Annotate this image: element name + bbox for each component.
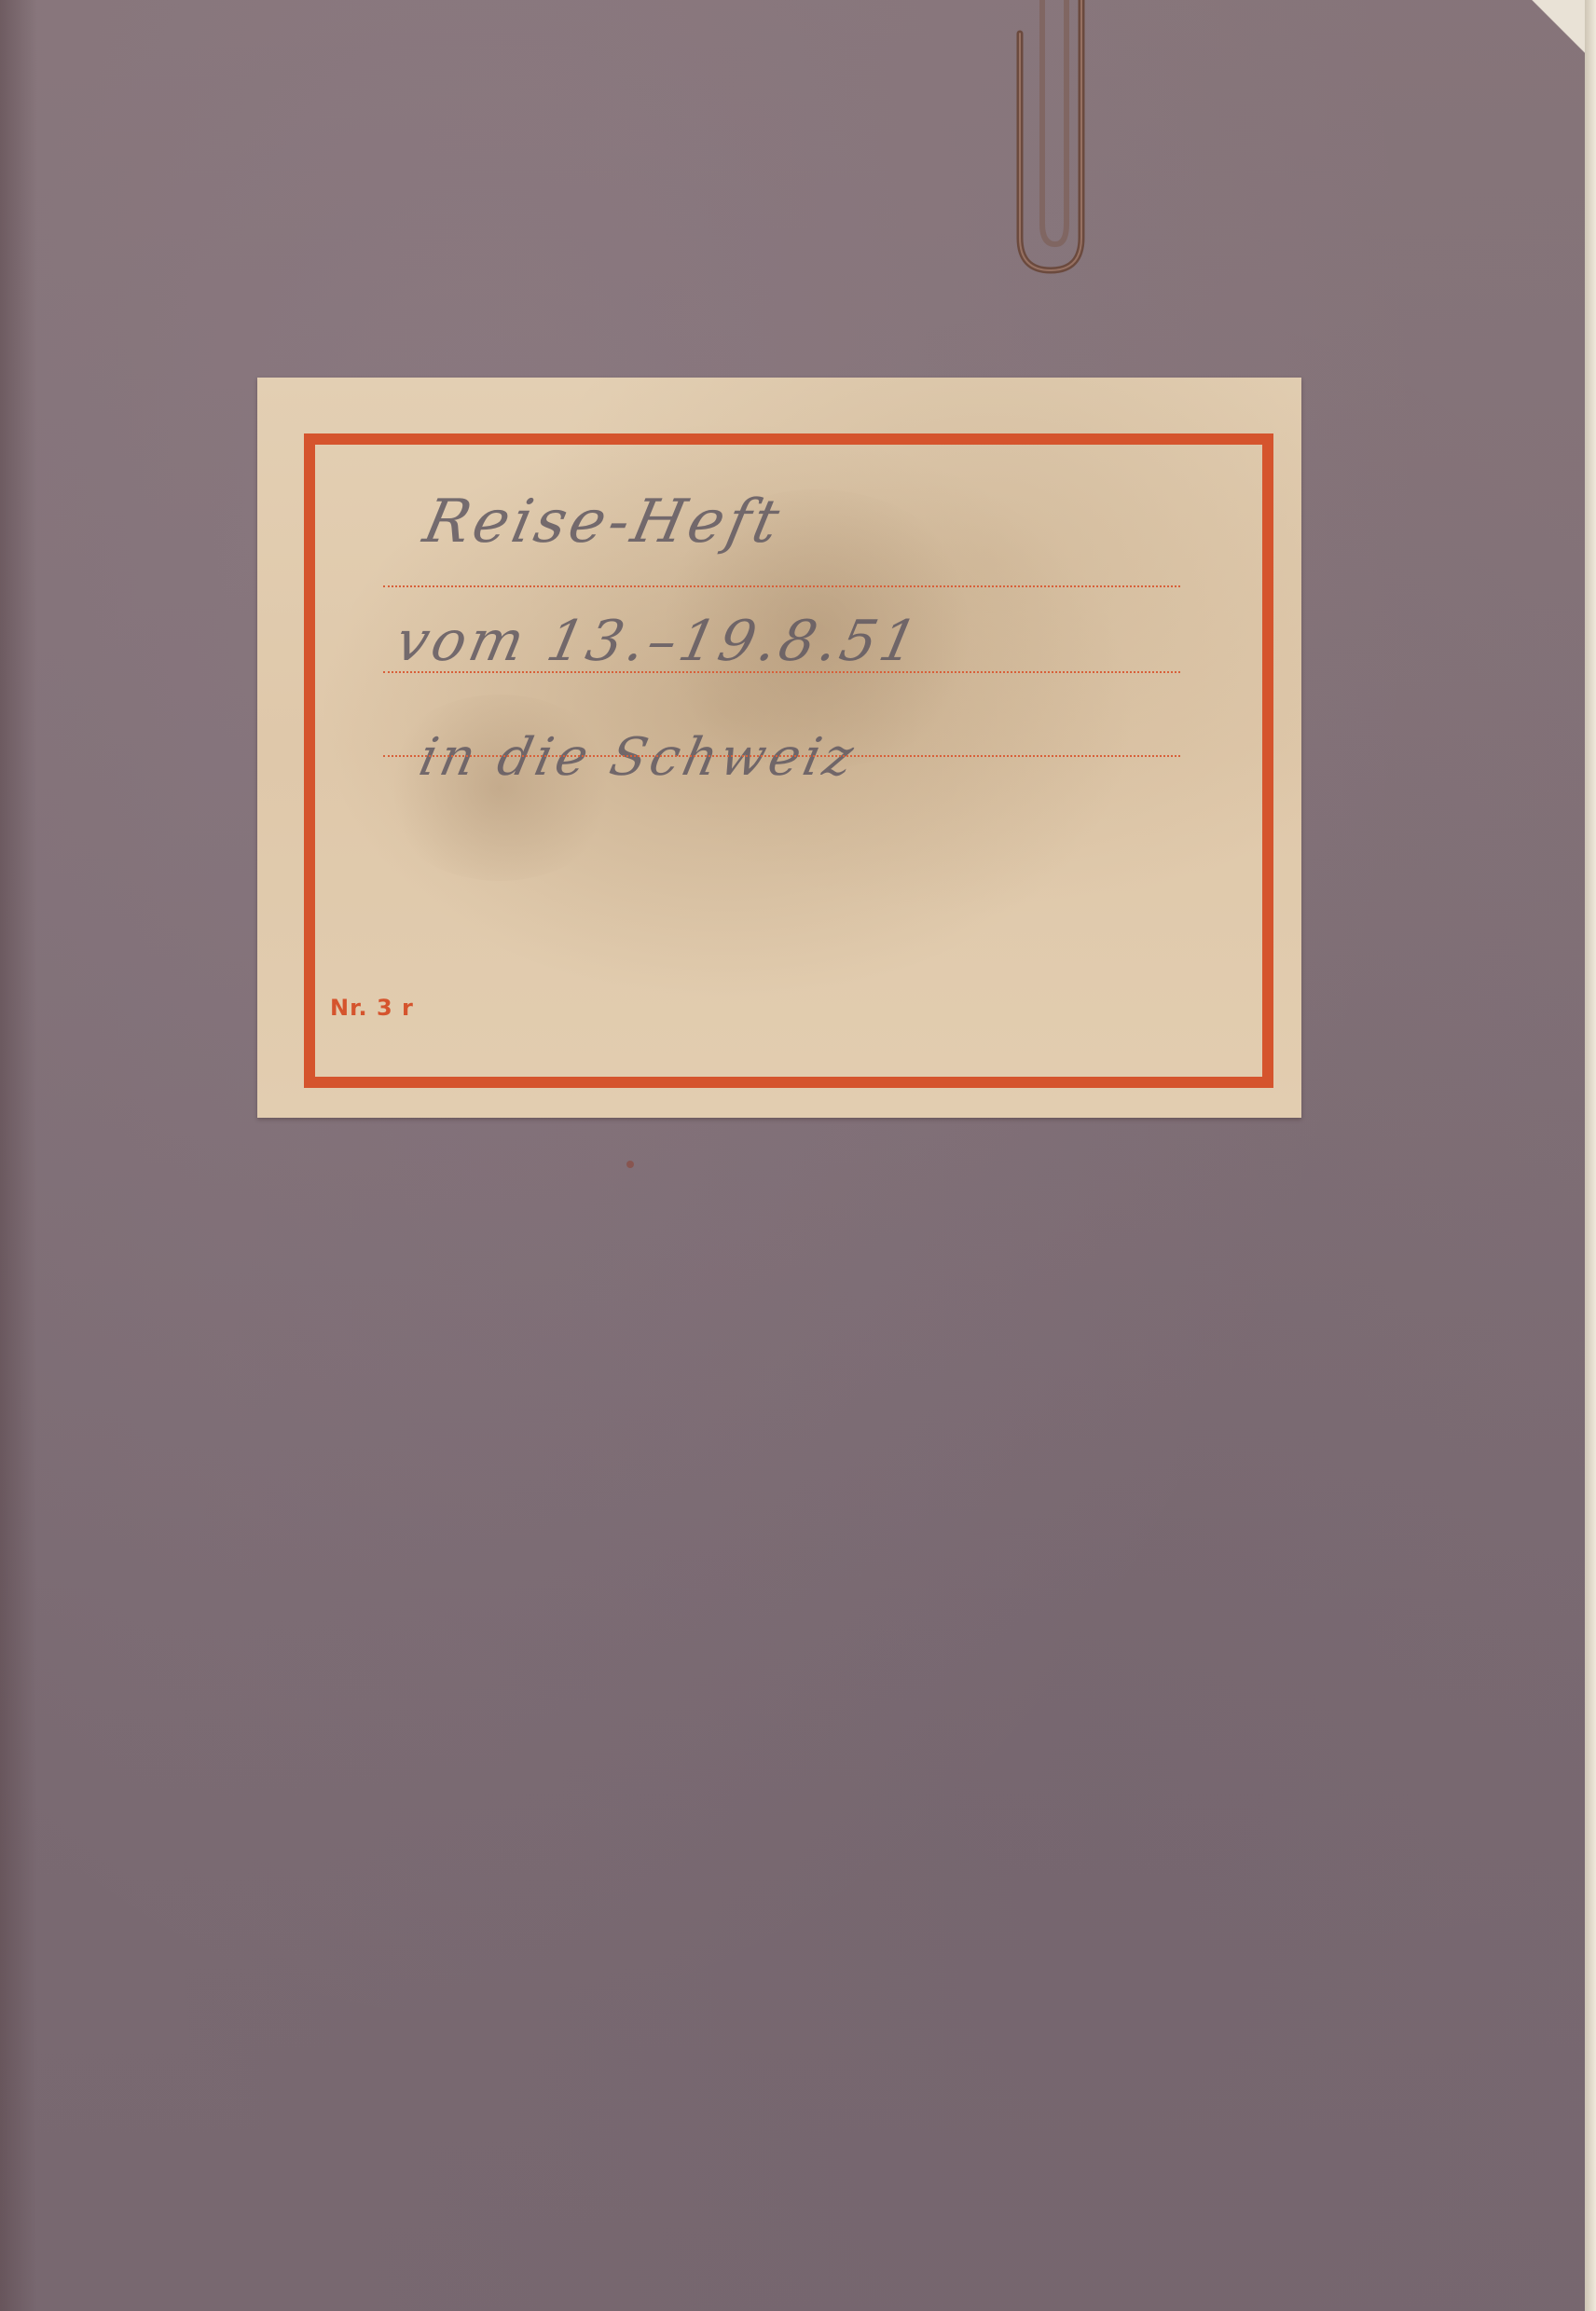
- paperclip-icon: [999, 0, 1093, 280]
- ink-spot: [626, 1161, 634, 1168]
- notebook-cover: [0, 0, 1585, 2311]
- handwritten-title: Reise-Heft: [418, 488, 789, 557]
- spine-shadow: [0, 0, 37, 2311]
- handwritten-destination: in die Schweiz: [414, 727, 862, 788]
- dotted-rule: [383, 671, 1180, 673]
- dotted-rule: [383, 585, 1180, 587]
- page-edge: [1585, 0, 1596, 2311]
- dog-ear-corner: [1520, 0, 1585, 65]
- dotted-rule: [383, 755, 1180, 757]
- handwritten-dates: vom 13.–19.8.51: [391, 609, 927, 674]
- label-number: Nr. 3 r: [330, 995, 414, 1021]
- cover-label: Reise-Heft vom 13.–19.8.51 in die Schwei…: [257, 378, 1301, 1118]
